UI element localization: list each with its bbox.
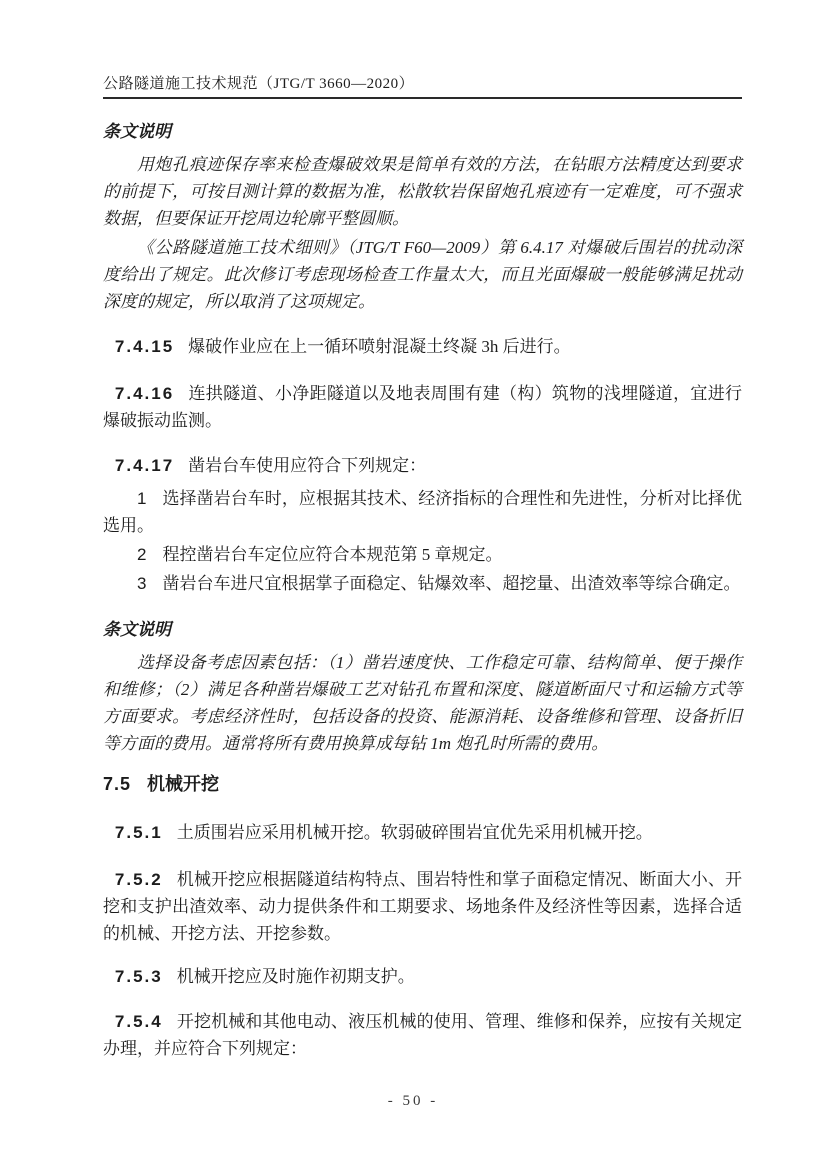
subitem-text: 选择凿岩台车时，应根据其技术、经济指标的合理性和先进性，分析对比择优选用。 — [103, 489, 742, 535]
commentary-heading-1: 条文说明 — [103, 120, 742, 144]
clause-7-5-4: 7.5.4开挖机械和其他电动、液压机械的使用、管理、维修和保养，应按有关规定办理… — [103, 1008, 742, 1062]
commentary-paragraph: 选择设备考虑因素包括：（1）凿岩速度快、工作稳定可靠、结构简单、便于操作和维修；… — [103, 649, 742, 757]
clause-7-4-16: 7.4.16连拱隧道、小净距隧道以及地表周围有建（构）筑物的浅埋隧道，宜进行爆破… — [103, 380, 742, 434]
clause-text: 土质围岩应采用机械开挖。软弱破碎围岩宜优先采用机械开挖。 — [177, 823, 653, 842]
clause-7-4-17: 7.4.17凿岩台车使用应符合下列规定： — [103, 452, 742, 479]
commentary-paragraph: 用炮孔痕迹保存率来检查爆破效果是简单有效的方法，在钻眼方法精度达到要求的前提下，… — [103, 151, 742, 232]
clause-number: 7.4.15 — [115, 337, 174, 356]
clause-text: 开挖机械和其他电动、液压机械的使用、管理、维修和保养，应按有关规定办理，并应符合… — [103, 1012, 742, 1058]
subitem-number: 3 — [137, 574, 146, 593]
document-page: 公路隧道施工技术规范（JTG/T 3660—2020） 条文说明 用炮孔痕迹保存… — [0, 0, 826, 1169]
clause-7-5-1: 7.5.1土质围岩应采用机械开挖。软弱破碎围岩宜优先采用机械开挖。 — [103, 819, 742, 846]
clause-7-4-15: 7.4.15爆破作业应在上一循环喷射混凝土终凝 3h 后进行。 — [103, 333, 742, 360]
clause-text: 机械开挖应根据隧道结构特点、围岩特性和掌子面稳定情况、断面大小、开挖和支护出渣效… — [103, 870, 742, 943]
subitem-1: 1选择凿岩台车时，应根据其技术、经济指标的合理性和先进性，分析对比择优选用。 — [103, 485, 742, 539]
subitem-number: 2 — [137, 545, 146, 564]
clause-number: 7.4.17 — [115, 456, 174, 475]
section-number: 7.5 — [103, 774, 131, 794]
page-content: 公路隧道施工技术规范（JTG/T 3660—2020） 条文说明 用炮孔痕迹保存… — [0, 0, 826, 1062]
page-number: - 50 - — [0, 1093, 826, 1110]
section-title: 机械开挖 — [147, 774, 219, 794]
clause-number: 7.5.1 — [115, 823, 163, 842]
clause-text: 爆破作业应在上一循环喷射混凝土终凝 3h 后进行。 — [188, 337, 571, 356]
clause-number: 7.5.2 — [115, 870, 163, 889]
clause-7-5-3: 7.5.3机械开挖应及时施作初期支护。 — [103, 963, 742, 990]
clause-text: 凿岩台车使用应符合下列规定： — [188, 456, 426, 475]
clause-number: 7.5.4 — [115, 1012, 163, 1031]
commentary-heading-2: 条文说明 — [103, 618, 742, 642]
commentary-paragraph: 《公路隧道施工技术细则》（JTG/T F60—2009）第 6.4.17 对爆破… — [103, 234, 742, 315]
subitem-number: 1 — [137, 489, 146, 508]
subitem-text: 程控凿岩台车定位应符合本规范第 5 章规定。 — [162, 545, 502, 564]
clause-text: 连拱隧道、小净距隧道以及地表周围有建（构）筑物的浅埋隧道，宜进行爆破振动监测。 — [103, 384, 742, 430]
subitem-2: 2程控凿岩台车定位应符合本规范第 5 章规定。 — [103, 541, 742, 568]
running-header: 公路隧道施工技术规范（JTG/T 3660—2020） — [103, 74, 742, 99]
clause-text: 机械开挖应及时施作初期支护。 — [177, 967, 415, 986]
clause-number: 7.4.16 — [115, 384, 174, 403]
subitem-text: 凿岩台车进尺宜根据掌子面稳定、钻爆效率、超挖量、出渣效率等综合确定。 — [162, 574, 740, 593]
clause-7-5-2: 7.5.2机械开挖应根据隧道结构特点、围岩特性和掌子面稳定情况、断面大小、开挖和… — [103, 866, 742, 947]
clause-number: 7.5.3 — [115, 967, 163, 986]
subitem-3: 3凿岩台车进尺宜根据掌子面稳定、钻爆效率、超挖量、出渣效率等综合确定。 — [103, 570, 742, 597]
document-title: 公路隧道施工技术规范（JTG/T 3660—2020） — [103, 76, 414, 92]
section-heading-7-5: 7.5机械开挖 — [103, 771, 742, 797]
